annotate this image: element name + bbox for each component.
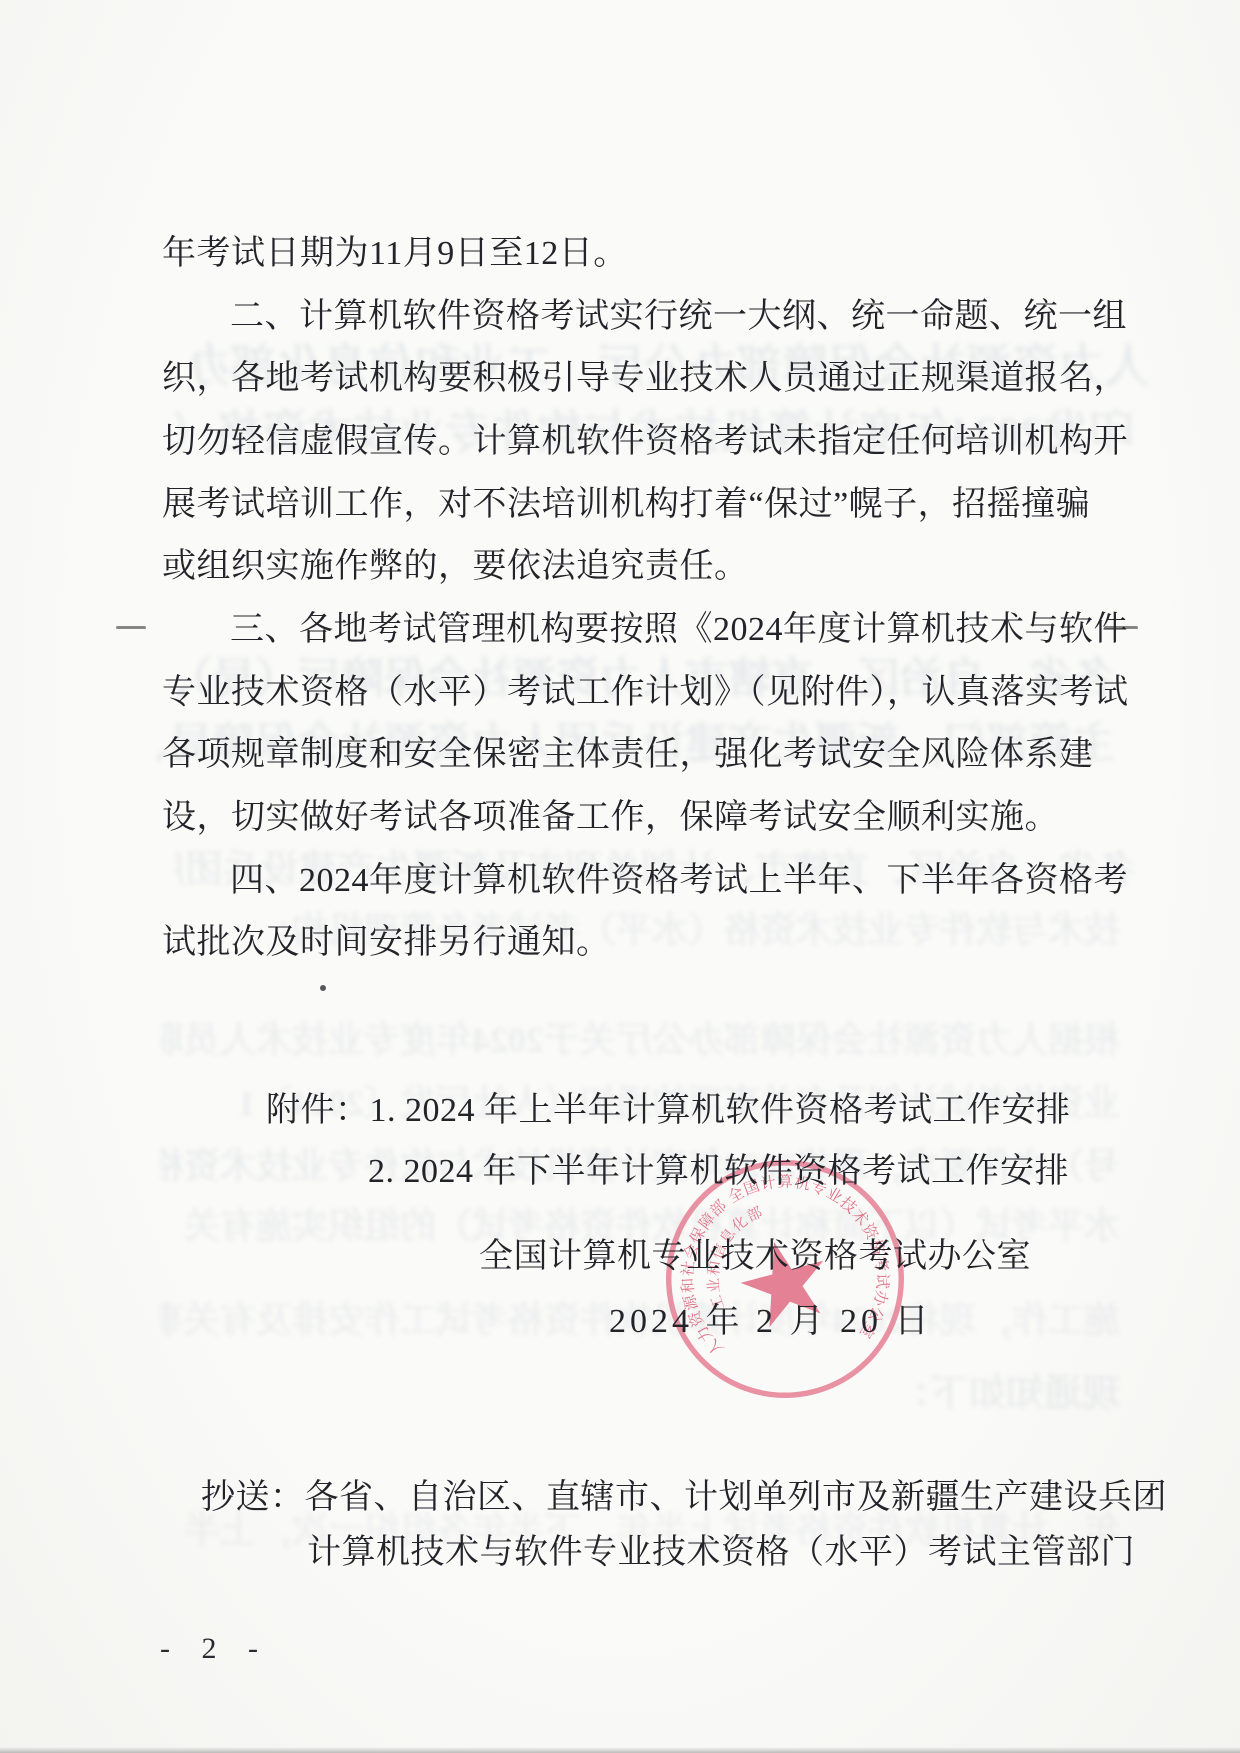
scanned-document-page: 人力资源社会保障部办公厅 工业和信息化部办公厅关于 印发2024年度计算机技术与… — [0, 0, 1240, 1753]
signature-org: 全国计算机专业技术资格考试办公室 — [479, 1235, 1031, 1279]
body-text-line: 或组织实施作弊的，要依法追究责任。 — [162, 545, 749, 589]
body-text-line: 二、计算机软件资格考试实行统一大纲、统一命题、统一组 — [230, 295, 1127, 339]
body-text-line: 三、各地考试管理机构要按照《2024年度计算机技术与软件 — [230, 608, 1128, 652]
signature-date: 2024 年 2 月 20 日 — [609, 1300, 933, 1344]
body-text-line: 专业技术资格（水平）考试工作计划》（见附件），认真落实考试 — [162, 671, 1129, 715]
fold-mark-left — [116, 626, 146, 629]
body-text-line: 四、2024年度计算机软件资格考试上半年、下半年各资格考 — [230, 859, 1128, 903]
body-text-line: 切勿轻信虚假宣传。计算机软件资格考试未指定任何培训机构开 — [162, 420, 1128, 464]
body-text-line: 各项规章制度和安全保密主体责任，强化考试安全风险体系建 — [162, 733, 1094, 777]
cc-recipients-2: 计算机技术与软件专业技术资格（水平）考试主管部门 — [307, 1534, 1135, 1571]
attachments-line: 2. 2024 年下半年计算机软件资格考试工作安排 — [332, 1106, 1069, 1238]
body-text-line: 设，切实做好考试各项准备工作，保障考试安全顺利实施。 — [162, 796, 1059, 840]
body-text-line: 织，各地考试机构要积极引导专业技术人员通过正规渠道报名， — [162, 357, 1128, 401]
body-text-line: 展考试培训工作，对不法培训机构打着“保过”幌子，招摇撞骗 — [162, 483, 1090, 527]
body-text-line: 试批次及时间安排另行通知。 — [162, 921, 611, 965]
attachment-item-2: 2. 2024 年下半年计算机软件资格考试工作安排 — [368, 1153, 1069, 1190]
page-number: - 2 - — [160, 1632, 270, 1666]
scan-edge — [0, 1747, 1240, 1753]
body-text-line: 年考试日期为11月9日至12日。 — [162, 232, 628, 276]
bleedthrough-text: 现通知如下： — [160, 1362, 1120, 1417]
cc-line: 计算机技术与软件专业技术资格（水平）考试主管部门 — [271, 1487, 1135, 1619]
ink-speck — [320, 985, 326, 991]
